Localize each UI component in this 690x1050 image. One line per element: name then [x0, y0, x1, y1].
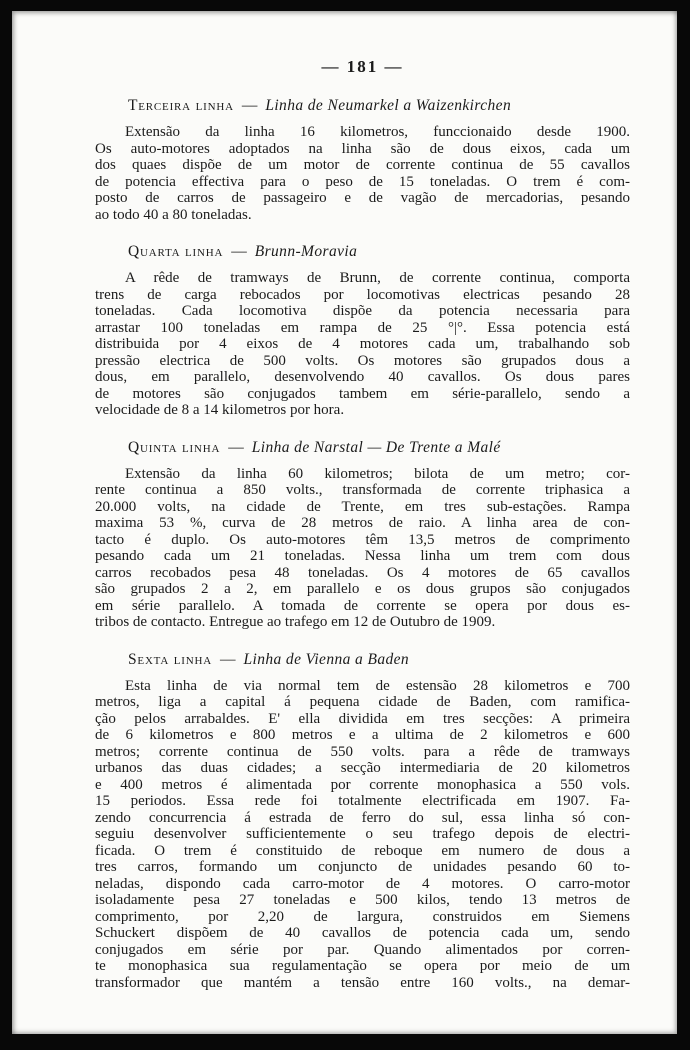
- text-line: tacto é duplo. Os auto-motores têm 13,5 …: [95, 532, 630, 549]
- text-line: dos quaes dispõe de um motor de corrente…: [95, 157, 630, 174]
- text-line: Extensão da linha 60 kilometros; bilota …: [95, 466, 630, 483]
- text-line: Os auto-motores adoptados na linha são d…: [95, 141, 630, 158]
- text-line: conjugados em série por par. Quando alim…: [95, 942, 630, 959]
- paragraph: A rêde de tramways de Brunn, de corrente…: [95, 270, 630, 419]
- text-line: de potencia effectiva para o peso de 15 …: [95, 174, 630, 191]
- text-line: arrastar 100 toneladas em rampa de 25 °|…: [95, 320, 630, 337]
- paragraph: Extensão da linha 60 kilometros; bilota …: [95, 466, 630, 631]
- text-line: de motores são conjugados tambem em séri…: [95, 386, 630, 403]
- text-line: neladas, dispondo cada carro-motor de 4 …: [95, 876, 630, 893]
- text-line: são grupados 2 a 2, em parallelo e os do…: [95, 581, 630, 598]
- text-line: de 6 kilometros e 800 metros e a ultima …: [95, 727, 630, 744]
- text-line: Extensão da linha 16 kilometros, funccio…: [95, 124, 630, 141]
- text-line: dous, em parallelo, desenvolvendo 40 cav…: [95, 369, 630, 386]
- heading-separator-dash: —: [231, 243, 247, 260]
- text-line: toneladas. Cada locomotiva dispõe da pot…: [95, 303, 630, 320]
- text-line: urbanos das duas cidades; a secção inter…: [95, 760, 630, 777]
- section: Terceira linha—Linha de Neumarkel a Waiz…: [95, 97, 630, 223]
- section-heading: Quarta linha—Brunn-Moravia: [128, 243, 630, 261]
- text-line: Schuckert dispõem de 40 cavallos de pote…: [95, 925, 630, 942]
- text-line: velocidade de 8 a 14 kilometros por hora…: [95, 402, 630, 419]
- text-line: ção pelos arrabaldes. E' ella dividida e…: [95, 711, 630, 728]
- text-line: 15 periodos. Essa rede foi totalmente el…: [95, 793, 630, 810]
- paragraph: Extensão da linha 16 kilometros, funccio…: [95, 124, 630, 223]
- page-content: Terceira linha—Linha de Neumarkel a Waiz…: [95, 97, 630, 991]
- heading-label: Quinta linha: [128, 439, 220, 456]
- section-heading: Quinta linha—Linha de Narstal — De Trent…: [128, 439, 630, 457]
- text-line: pressão electrica de 500 volts. Os motor…: [95, 353, 630, 370]
- text-line: em série parallelo. A tomada de corrente…: [95, 598, 630, 615]
- text-line: 20.000 volts, na cidade de Trente, em tr…: [95, 499, 630, 516]
- document-page: — 181 — Terceira linha—Linha de Neumarke…: [12, 11, 677, 1034]
- text-line: te monophasica sua regulamentação se ope…: [95, 958, 630, 975]
- section-heading: Sexta linha—Linha de Vienna a Baden: [128, 651, 630, 669]
- text-line: comprimento, por 2,20 de largura, constr…: [95, 909, 630, 926]
- text-line: carros recobados pesa 48 toneladas. Os 4…: [95, 565, 630, 582]
- text-line: rente continua a 850 volts., transformad…: [95, 482, 630, 499]
- heading-separator-dash: —: [242, 97, 258, 114]
- text-line: A rêde de tramways de Brunn, de corrente…: [95, 270, 630, 287]
- section: Quinta linha—Linha de Narstal — De Trent…: [95, 439, 630, 631]
- heading-title: Linha de Neumarkel a Waizenkirchen: [265, 97, 511, 114]
- text-line: metros; corrente continua de 550 volts. …: [95, 744, 630, 761]
- heading-separator-dash: —: [220, 651, 236, 668]
- heading-separator-dash: —: [228, 439, 244, 456]
- text-line: isoladamente pesa 27 toneladas e 500 kil…: [95, 892, 630, 909]
- text-line: trens de carga rebocados por locomotivas…: [95, 287, 630, 304]
- section-heading: Terceira linha—Linha de Neumarkel a Waiz…: [128, 97, 630, 115]
- page-number: — 181 —: [12, 57, 630, 77]
- text-line: transformador que mantém a tensão entre …: [95, 975, 630, 992]
- section: Sexta linha—Linha de Vienna a BadenEsta …: [95, 651, 630, 992]
- heading-label: Quarta linha: [128, 243, 223, 260]
- text-line: tres carros, formando um conjuncto de un…: [95, 859, 630, 876]
- text-line: distribuida por 4 eixos de 4 motores cad…: [95, 336, 630, 353]
- text-line: e 400 metros é alimentada por corrente m…: [95, 777, 630, 794]
- text-line: ficada. O trem é constituido de reboque …: [95, 843, 630, 860]
- text-line: posto de carros de passageiro e de vagão…: [95, 190, 630, 207]
- text-line: Esta linha de via normal tem de estensão…: [95, 678, 630, 695]
- heading-label: Sexta linha: [128, 651, 212, 668]
- text-line: ao todo 40 a 80 toneladas.: [95, 207, 630, 224]
- heading-label: Terceira linha: [128, 97, 234, 114]
- text-line: pesando cada um 21 toneladas. Nessa linh…: [95, 548, 630, 565]
- text-line: zendo concurrencia á estrada de ferro do…: [95, 810, 630, 827]
- text-line: metros, liga a capital á pequena cidade …: [95, 694, 630, 711]
- heading-title: Linha de Narstal — De Trente a Malé: [252, 439, 501, 456]
- section: Quarta linha—Brunn-MoraviaA rêde de tram…: [95, 243, 630, 419]
- heading-title: Brunn-Moravia: [255, 243, 358, 260]
- paragraph: Esta linha de via normal tem de estensão…: [95, 678, 630, 992]
- text-line: maxima 53 %, curva de 28 metros de raio.…: [95, 515, 630, 532]
- text-line: tribos de contacto. Entregue ao trafego …: [95, 614, 630, 631]
- scan-frame: — 181 — Terceira linha—Linha de Neumarke…: [0, 0, 690, 1050]
- heading-title: Linha de Vienna a Baden: [243, 651, 409, 668]
- text-line: seguiu desenvolver sufficientemente o se…: [95, 826, 630, 843]
